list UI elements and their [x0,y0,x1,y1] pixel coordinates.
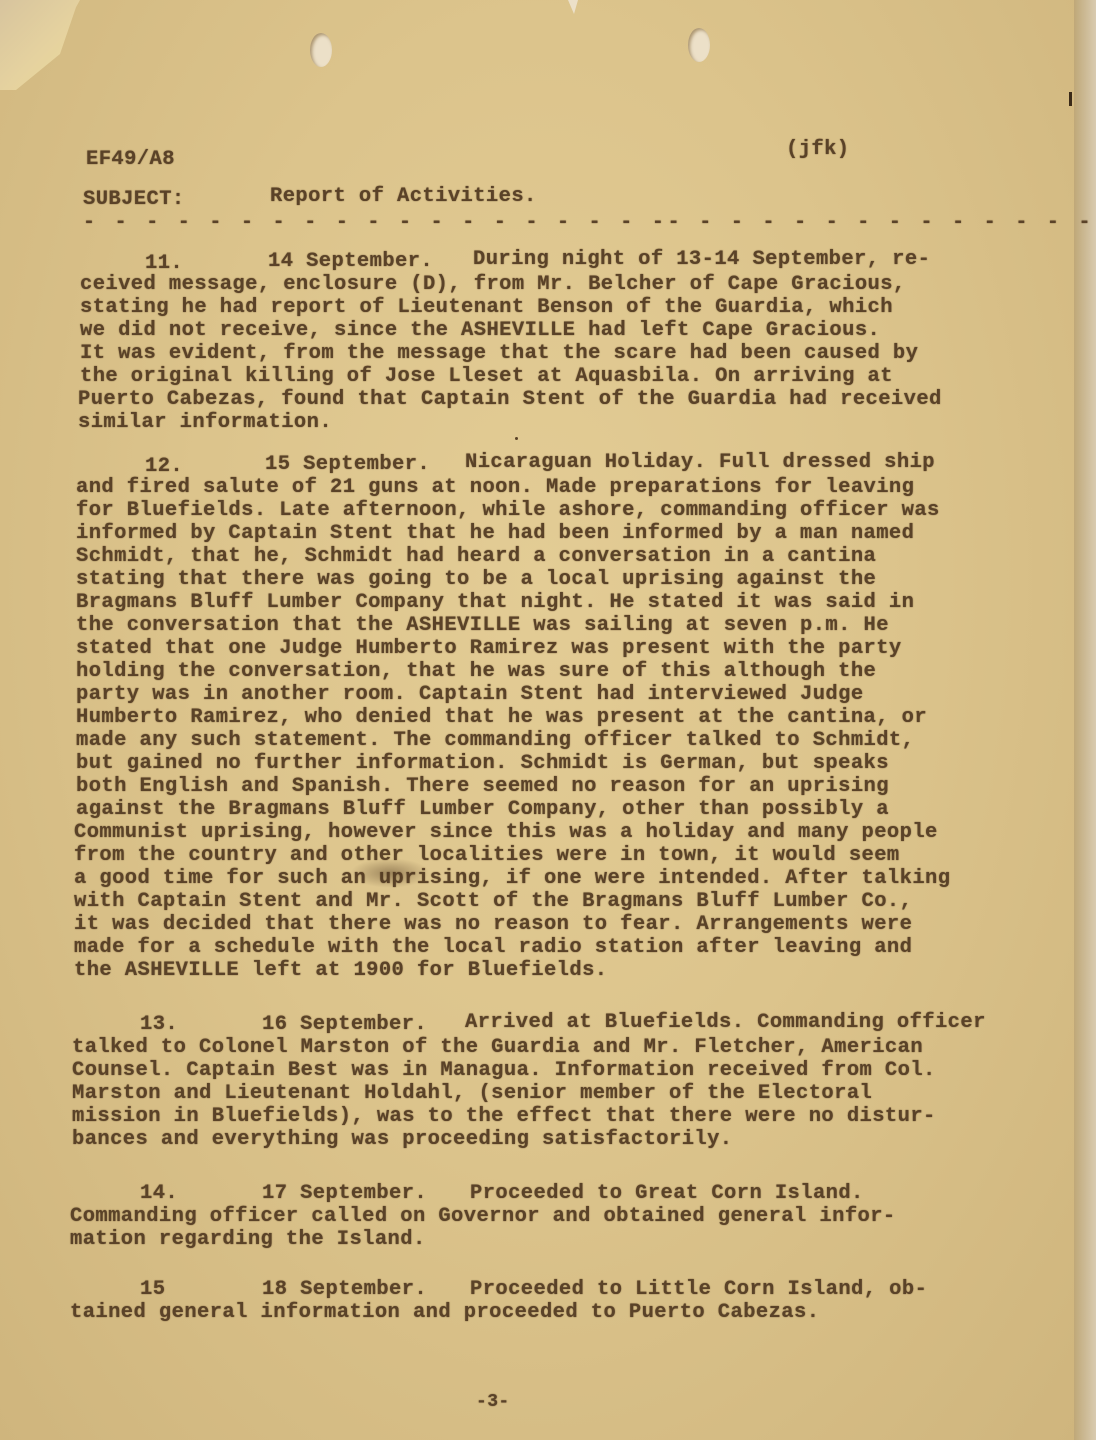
paragraph-12-line: Bragmans Bluff Lumber Company that night… [76,591,914,614]
subject-label: SUBJECT: [83,188,185,211]
paragraph-12-line: informed by Captain Stent that he had be… [76,522,914,545]
ink-smudge [350,858,430,888]
paragraph-12-line: both English and Spanish. There seemed n… [76,775,889,798]
paragraph-13-line: Marston and Lieutenant Holdahl, (senior … [72,1082,872,1105]
file-code: EF49/A8 [86,148,175,171]
paragraph-13-line: Counsel. Captain Best was in Managua. In… [72,1059,936,1082]
paragraph-12-line: it was decided that there was no reason … [74,913,912,936]
paragraph-14-number: 14. [140,1182,178,1205]
punch-hole-right [688,28,710,62]
paragraph-12-line: against the Bragmans Bluff Lumber Compan… [76,798,889,821]
typist-initials: (jfk) [786,138,850,161]
paragraph-12-line: Nicaraguan Holiday. Full dressed ship [465,451,935,474]
paragraph-15-number: 15 [140,1278,165,1301]
paragraph-12-line: from the country and other localities we… [74,844,900,867]
paragraph-14-line: Commanding officer called on Governor an… [70,1205,896,1228]
paragraph-13-number: 13. [140,1013,178,1036]
paragraph-11-line: During night of 13-14 September, re- [473,248,930,271]
paragraph-12-line: Communist uprising, however since this w… [74,821,938,844]
page-number: -3- [476,1392,510,1412]
paragraph-12-line: the ASHEVILLE left at 1900 for Bluefield… [74,959,607,982]
paragraph-12-line: made any such statement. The commanding … [76,729,914,752]
paragraph-12-line: a good time for such an uprising, if one… [74,867,950,890]
paragraph-13-date: 16 September. [262,1013,427,1036]
paragraph-11-line: stating he had report of Lieutenant Bens… [80,296,893,319]
paragraph-12-line: for Bluefields. Late afternoon, while as… [76,499,940,522]
paragraph-11-number: 11. [145,252,183,275]
paragraph-12-line: holding the conversation, that he was su… [76,660,876,683]
paragraph-11-line: we did not receive, since the ASHEVILLE … [80,319,880,342]
paragraph-12-line: Humberto Ramirez, who denied that he was… [76,706,927,729]
paragraph-12-line: with Captain Stent and Mr. Scott of the … [74,890,912,913]
paragraph-11-line: the original killing of Jose Lleset at A… [80,365,893,388]
paragraph-12-line: stated that one Judge Humberto Ramirez w… [76,637,902,660]
paragraph-12-line: stating that there was going to be a loc… [76,568,876,591]
paragraph-12-date: 15 September. [265,453,430,476]
paragraph-11-line: It was evident, from the message that th… [80,342,918,365]
separator-rule: - - - - - - - - - - - - - - - - - - -- -… [83,211,1096,234]
paragraph-13-line: bances and everything was proceeding sat… [72,1128,733,1151]
paragraph-11-date: 14 September. [268,250,433,273]
paragraph-12-line: made for a schedule with the local radio… [74,936,912,959]
paragraph-15-line: Proceeded to Little Corn Island, ob- [470,1278,927,1301]
punch-hole-left [310,33,332,67]
paragraph-13-line: mission in Bluefields), was to the effec… [72,1105,936,1128]
paragraph-12-line: party was in another room. Captain Stent… [76,683,864,706]
paragraph-14-date: 17 September. [262,1182,427,1205]
paragraph-15-date: 18 September. [262,1278,427,1301]
paragraph-14-line: mation regarding the Island. [70,1228,426,1251]
edge-mark [1069,92,1072,106]
paragraph-11-line: ceived message, enclosure (D), from Mr. … [80,273,906,296]
paragraph-12-number: 12. [145,455,183,478]
paragraph-11-line: Puerto Cabezas, found that Captain Stent… [78,388,942,411]
ink-dot [515,437,518,440]
paragraph-13-line: talked to Colonel Marston of the Guardia… [72,1036,923,1059]
paragraph-12-line: but gained no further information. Schmi… [76,752,889,775]
paragraph-11-line: similar information. [78,411,332,434]
paragraph-12-line: and fired salute of 21 guns at noon. Mad… [76,476,914,499]
paragraph-12-line: Schmidt, that he, Schmidt had heard a co… [76,545,876,568]
subject-value: Report of Activities. [270,185,537,208]
paragraph-15-line: tained general information and proceeded… [70,1301,819,1324]
paragraph-12-line: the conversation that the ASHEVILLE was … [76,614,889,637]
paragraph-13-line: Arrived at Bluefields. Commanding office… [465,1011,986,1034]
paragraph-14-line: Proceeded to Great Corn Island. [470,1182,864,1205]
